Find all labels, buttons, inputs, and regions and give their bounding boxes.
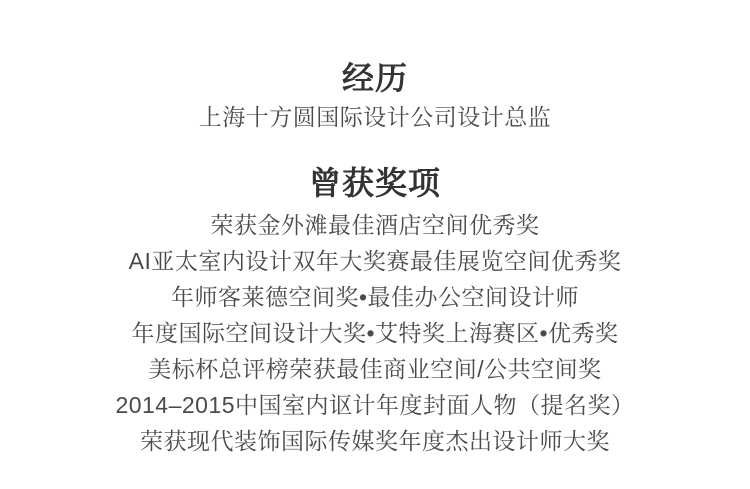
award-item: AI亚太室内设计双年大奖赛最佳展览空间优秀奖 bbox=[0, 243, 750, 279]
award-item: 荣获现代装饰国际传媒奖年度杰出设计师大奖 bbox=[0, 423, 750, 459]
award-list: 荣获金外滩最佳酒店空间优秀奖 AI亚太室内设计双年大奖赛最佳展览空间优秀奖 年师… bbox=[0, 207, 750, 459]
award-item: 荣获金外滩最佳酒店空间优秀奖 bbox=[0, 207, 750, 243]
award-item: 美标杯总评榜荣获最佳商业空间/公共空间奖 bbox=[0, 351, 750, 387]
award-item: 年师客莱德空间奖•最佳办公空间设计师 bbox=[0, 279, 750, 315]
experience-section-title: 经历 bbox=[0, 62, 750, 94]
awards-section-title: 曾获奖项 bbox=[0, 167, 750, 199]
award-item: 年度国际空间设计大奖•艾特奖上海赛区•优秀奖 bbox=[0, 315, 750, 351]
bio-page: 经历 上海十方圆国际设计公司设计总监 曾获奖项 荣获金外滩最佳酒店空间优秀奖 A… bbox=[0, 0, 750, 489]
experience-item: 上海十方圆国际设计公司设计总监 bbox=[0, 103, 750, 131]
award-item: 2014–2015中国室内讴计年度封面人物（提名奖） bbox=[0, 387, 750, 423]
